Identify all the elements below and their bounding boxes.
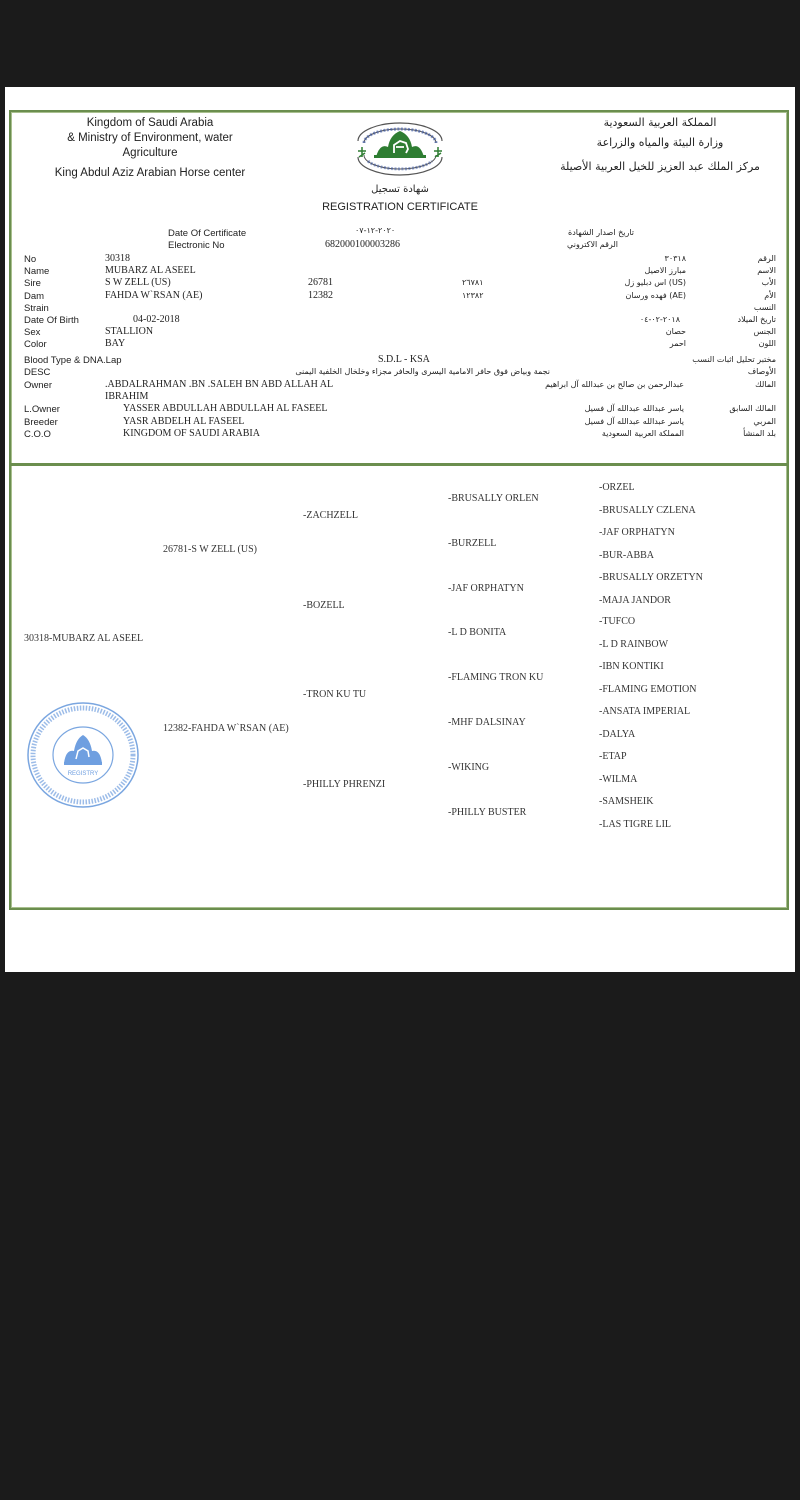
- field-label-ar: تاريخ الميلاد: [738, 315, 777, 324]
- field-number: 12382: [308, 290, 333, 301]
- title-english: REGISTRATION CERTIFICATE: [300, 201, 500, 213]
- date-of-certificate-label: Date Of Certificate: [168, 228, 246, 239]
- pedigree-ancestor: -MHF DALSINAY: [448, 717, 526, 728]
- pedigree-ancestor: -WILMA: [599, 774, 637, 785]
- desc-label: DESC: [24, 367, 50, 378]
- date-of-certificate-label-ar: تاريخ اصدار الشهادة: [568, 228, 634, 237]
- header-line-1: Kingdom of Saudi Arabia: [40, 116, 260, 131]
- pedigree-ancestor: -LAS TIGRE LIL: [599, 819, 671, 830]
- ministry-emblem-icon: [350, 113, 450, 183]
- field-label: No: [24, 254, 36, 265]
- pedigree-ancestor: -ZACHZELL: [303, 510, 358, 521]
- header-center-name: King Abdul Aziz Arabian Horse center: [40, 166, 260, 181]
- coo-label-ar: بلد المنشأ: [743, 429, 776, 438]
- blood-type-label-ar: مختبر تحليل اثبات النسب: [692, 355, 776, 364]
- pedigree-ancestor: -ORZEL: [599, 482, 635, 493]
- field-value-ar: حصان: [666, 327, 686, 336]
- pedigree-ancestor: -JAF ORPHATYN: [599, 527, 675, 538]
- owner-value-line1: .ABDALRAHMAN .BN .SALEH BN ABD ALLAH AL: [105, 379, 333, 390]
- pedigree-dam: 12382-FAHDA W`RSAN (AE): [163, 723, 289, 734]
- field-label: Sire: [24, 278, 41, 289]
- pedigree-ancestor: -ETAP: [599, 751, 627, 762]
- lowner-value-ar: ياسر عبدالله عبدالله آل فسيل: [585, 404, 684, 413]
- desc-label-ar: الأوصاف: [748, 367, 776, 376]
- header-english: Kingdom of Saudi Arabia & Ministry of En…: [40, 116, 260, 181]
- lowner-value: YASSER ABDULLAH ABDULLAH AL FASEEL: [123, 403, 327, 414]
- field-label-ar: اللون: [759, 339, 776, 348]
- pedigree-ancestor: -IBN KONTIKI: [599, 661, 664, 672]
- coo-value: KINGDOM OF SAUDI ARABIA: [123, 428, 260, 439]
- owner-value-line2: IBRAHIM: [105, 391, 148, 402]
- registry-stamp-icon: REGISTRY: [26, 701, 140, 809]
- desc-value-ar: نجمة وبياض فوق حافر الامامية اليسرى والح…: [295, 367, 550, 376]
- pedigree-ancestor: -PHILLY BUSTER: [448, 807, 526, 818]
- section-divider: [9, 463, 789, 466]
- field-label: Date Of Birth: [24, 315, 79, 326]
- header-ar-line-3: مركز الملك عبد العزيز للخيل العربية الأص…: [540, 160, 780, 173]
- field-value: S W ZELL (US): [105, 277, 171, 288]
- field-label-ar: الأم: [764, 291, 776, 300]
- pedigree-ancestor: -DALYA: [599, 729, 635, 740]
- field-label: Strain: [24, 303, 49, 314]
- blood-type-value: S.D.L - KSA: [378, 354, 430, 365]
- pedigree-ancestor: -BRUSALLY ORZETYN: [599, 572, 703, 583]
- pedigree-ancestor: -WIKING: [448, 762, 489, 773]
- pedigree-ancestor: -L D RAINBOW: [599, 639, 668, 650]
- date-of-certificate-value: ٢٠٢٠-١٢-٠٧: [355, 226, 395, 235]
- pedigree-ancestor: -BUR-ABBA: [599, 550, 654, 561]
- pedigree-ancestor: -TUFCO: [599, 616, 635, 627]
- pedigree-ancestor: -SAMSHEIK: [599, 796, 653, 807]
- svg-text:REGISTRY: REGISTRY: [68, 771, 99, 777]
- pedigree-ancestor: -L D BONITA: [448, 627, 506, 638]
- field-value: 04-02-2018: [133, 314, 180, 325]
- field-number: 26781: [308, 277, 333, 288]
- owner-label-ar: المالك: [755, 380, 776, 389]
- pedigree-sire: 26781-S W ZELL (US): [163, 544, 257, 555]
- field-number-ar: ٢٦٧٨١: [462, 278, 483, 287]
- pedigree-ancestor: -BRUSALLY CZLENA: [599, 505, 696, 516]
- field-label: Color: [24, 339, 47, 350]
- field-label: Name: [24, 266, 49, 277]
- electronic-no-value: 682000100003286: [325, 239, 400, 250]
- coo-label: C.O.O: [24, 429, 51, 440]
- header-line-2: & Ministry of Environment, water: [40, 131, 260, 146]
- pedigree-ancestor: -FLAMING EMOTION: [599, 684, 697, 695]
- field-value: FAHDA W`RSAN (AE): [105, 290, 202, 301]
- header-ar-line-2: وزارة البيئة والمياه والزراعة: [540, 136, 780, 160]
- field-value-ar: (US) اس دبليو زل: [625, 278, 686, 287]
- coo-value-ar: المملكة العربية السعودية: [602, 429, 684, 438]
- owner-value-ar: عبدالرحمن بن صالح بن عبدالله آل ابراهيم: [545, 380, 684, 389]
- header-arabic: المملكة العربية السعودية وزارة البيئة وا…: [540, 116, 780, 173]
- title-arabic: شهادة تسجيل: [330, 184, 470, 195]
- breeder-value: YASR ABDELH AL FASEEL: [123, 416, 244, 427]
- field-value: 30318: [105, 253, 130, 264]
- breeder-label-ar: المربي: [753, 417, 776, 426]
- blood-type-label: Blood Type & DNA.Lap: [24, 355, 122, 366]
- pedigree-ancestor: -TRON KU TU: [303, 689, 366, 700]
- owner-label: Owner: [24, 380, 52, 391]
- pedigree-ancestor: -JAF ORPHATYN: [448, 583, 524, 594]
- pedigree-horse: 30318-MUBARZ AL ASEEL: [24, 633, 143, 644]
- pedigree-ancestor: -BOZELL: [303, 600, 345, 611]
- pedigree-ancestor: -ANSATA IMPERIAL: [599, 706, 690, 717]
- field-label-ar: الأب: [762, 278, 776, 287]
- lowner-label: L.Owner: [24, 404, 60, 415]
- field-value: BAY: [105, 338, 125, 349]
- pedigree-ancestor: -BURZELL: [448, 538, 496, 549]
- field-value: MUBARZ AL ASEEL: [105, 265, 196, 276]
- field-label-ar: النسب: [754, 303, 776, 312]
- field-number-ar: ١٢٣٨٢: [462, 291, 483, 300]
- breeder-value-ar: ياسر عبدالله عبدالله آل فسيل: [585, 417, 684, 426]
- pedigree-ancestor: -PHILLY PHRENZI: [303, 779, 385, 790]
- field-value-ar: مبارز الاصيل: [645, 266, 686, 275]
- lowner-label-ar: المالك السابق: [729, 404, 776, 413]
- electronic-no-label-ar: الرقم الاكتروني: [567, 240, 618, 249]
- field-value: STALLION: [105, 326, 153, 337]
- breeder-label: Breeder: [24, 417, 58, 428]
- field-value-ar: (AE) فهده ورسان: [625, 291, 686, 300]
- pedigree-ancestor: -MAJA JANDOR: [599, 595, 671, 606]
- field-label-ar: الرقم: [758, 254, 776, 263]
- pedigree-ancestor: -FLAMING TRON KU: [448, 672, 543, 683]
- header-ar-line-1: المملكة العربية السعودية: [540, 116, 780, 136]
- field-label: Dam: [24, 291, 44, 302]
- field-value-ar: ٢٠١٨-٠٢-٠٤: [640, 315, 680, 324]
- field-label: Sex: [24, 327, 40, 338]
- field-value-ar: ٣٠٣١٨: [665, 254, 686, 263]
- pedigree-ancestor: -BRUSALLY ORLEN: [448, 493, 539, 504]
- field-label-ar: الجنس: [754, 327, 776, 336]
- header-line-3: Agriculture: [40, 146, 260, 161]
- field-value-ar: احمر: [670, 339, 686, 348]
- electronic-no-label: Electronic No: [168, 240, 225, 251]
- field-label-ar: الاسم: [757, 266, 776, 275]
